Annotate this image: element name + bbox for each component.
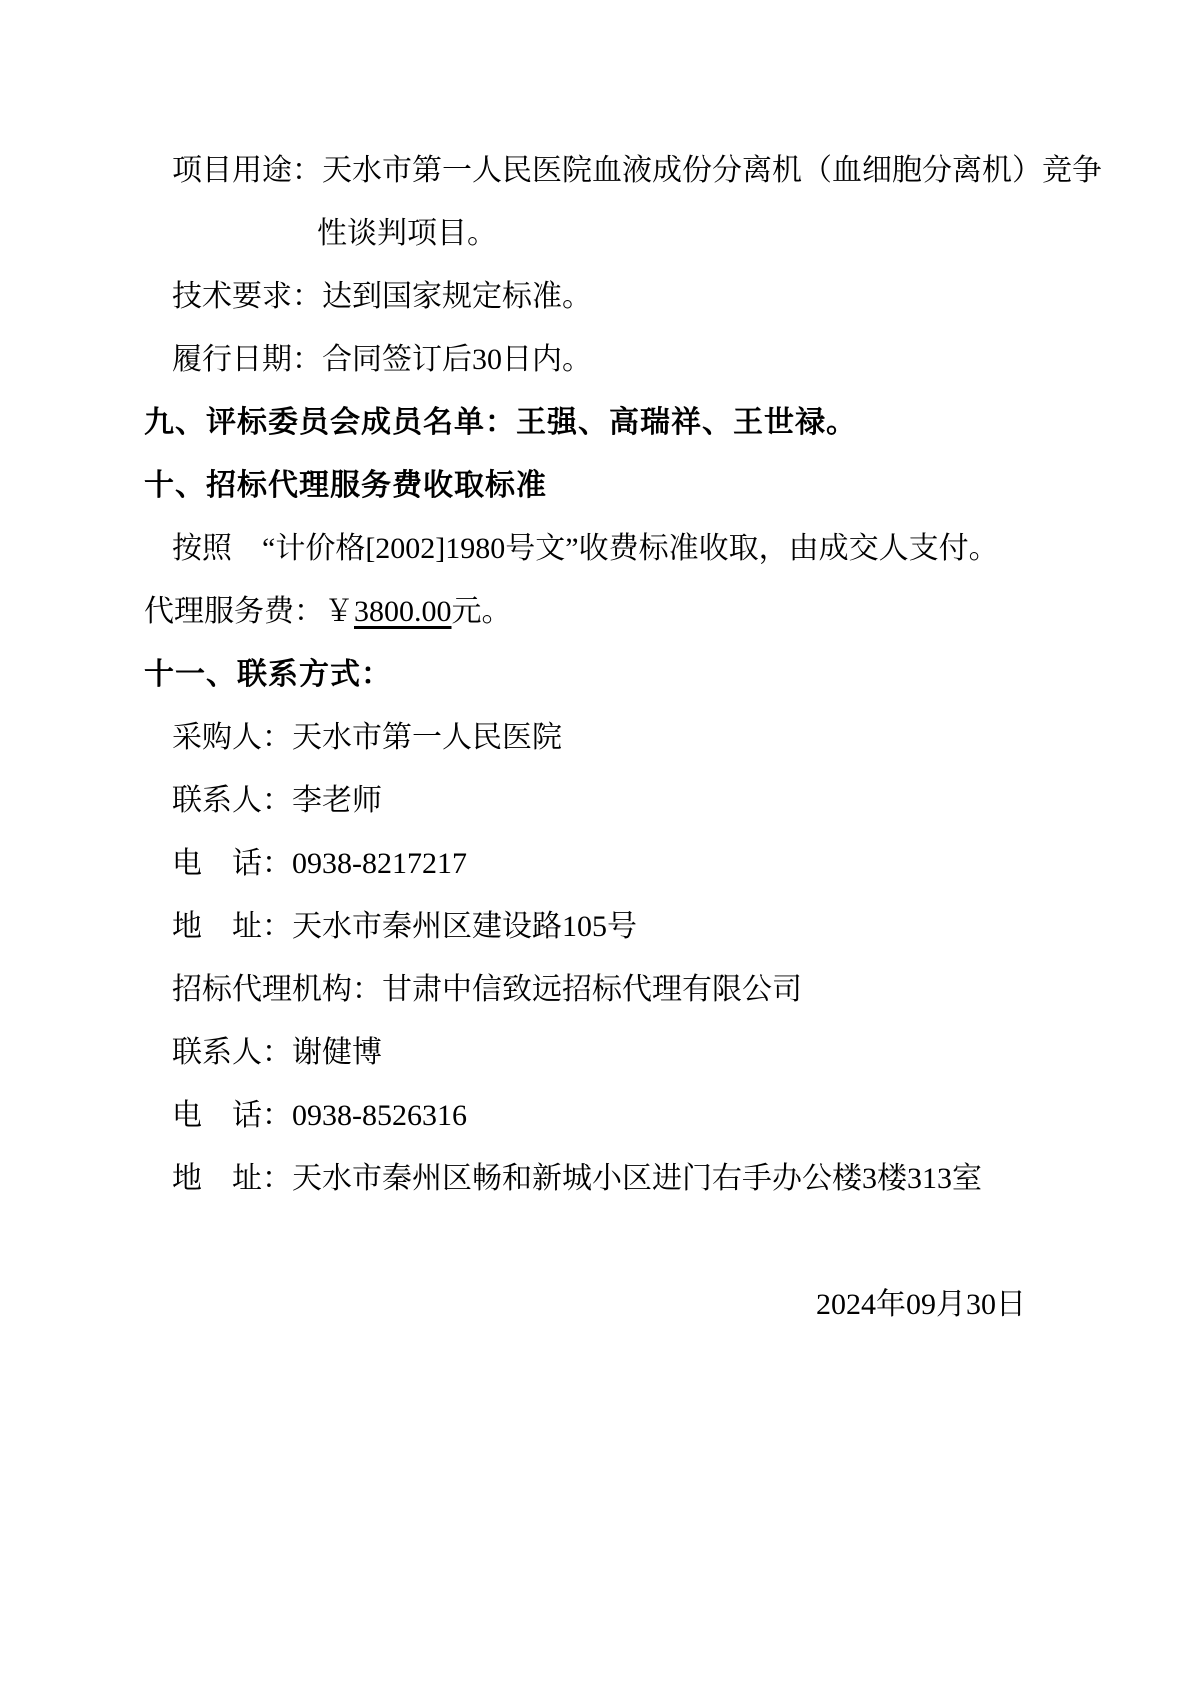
section-9-heading: 九、评标委员会成员名单：王强、高瑞祥、王世禄。 xyxy=(144,391,1056,454)
document-page: 项目用途：天水市第一人民医院血液成份分离机（血细胞分离机）竞争 性谈判项目。 技… xyxy=(0,0,1191,1684)
contact-address-purchaser: 地 址：天水市秦州区建设路105号 xyxy=(144,895,1056,958)
project-use-line2: 性谈判项目。 xyxy=(144,202,1056,265)
contact-person-purchaser: 联系人：李老师 xyxy=(144,769,1056,832)
contact-purchaser: 采购人：天水市第一人民医院 xyxy=(144,706,1056,769)
contact-address-agency: 地 址：天水市秦州区畅和新城小区进门右手办公楼3楼313室 xyxy=(144,1147,1056,1210)
contact-person-agency: 联系人：谢健博 xyxy=(144,1021,1056,1084)
section-11-heading: 十一、联系方式： xyxy=(144,643,1056,706)
document-date: 2024年09月30日 xyxy=(144,1273,1056,1336)
fee-basis: 按照 “计价格[2002]1980号文”收费标准收取，由成交人支付。 xyxy=(144,517,1056,580)
agency-fee-amount: 3800.00 xyxy=(354,595,452,628)
document-content: 项目用途：天水市第一人民医院血液成份分离机（血细胞分离机）竞争 性谈判项目。 技… xyxy=(144,139,1056,1336)
agency-fee-prefix: 代理服务费：￥ xyxy=(144,595,354,628)
project-use-line1: 项目用途：天水市第一人民医院血液成份分离机（血细胞分离机）竞争 xyxy=(144,139,1056,202)
contact-agency: 招标代理机构：甘肃中信致远招标代理有限公司 xyxy=(144,958,1056,1021)
agency-fee-line: 代理服务费：￥3800.00元。 xyxy=(144,580,1056,643)
contact-phone-purchaser: 电 话：0938-8217217 xyxy=(144,832,1056,895)
section-10-heading: 十、招标代理服务费收取标准 xyxy=(144,454,1056,517)
agency-fee-suffix: 元。 xyxy=(452,595,512,628)
tech-requirement: 技术要求：达到国家规定标准。 xyxy=(144,265,1056,328)
contact-phone-agency: 电 话：0938-8526316 xyxy=(144,1084,1056,1147)
performance-date: 履行日期：合同签订后30日内。 xyxy=(144,328,1056,391)
